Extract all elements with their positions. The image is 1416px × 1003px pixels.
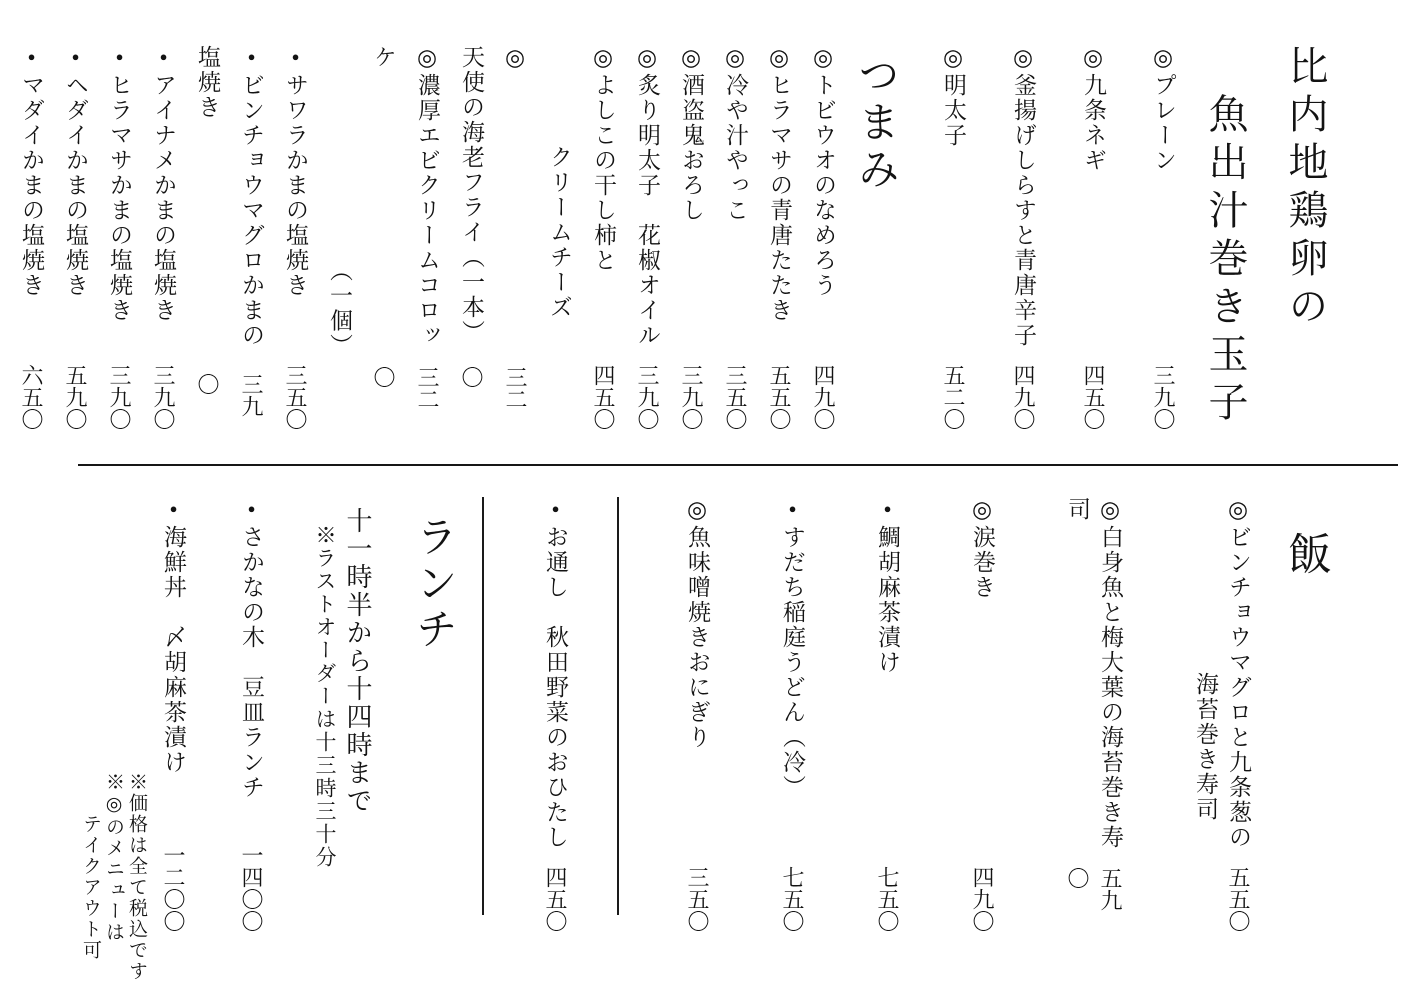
item-price: 三五〇 [273,364,317,430]
item-price: 三九〇 [185,373,273,430]
tamago-item-list: ◎プレーン 三九〇 ◎九条ネギ 四五〇 ◎釜揚げしらすと青唐辛子 四九〇 ◎明太… [931,45,1185,430]
item-label: ◎トビウオのなめろう [801,45,845,298]
meshi-header: 飯 [1265,497,1345,932]
menu-item: ◎冷や汁やっこ 三五〇 [713,45,757,430]
menu-item: ◎プレーン 三九〇 [1141,45,1185,430]
menu-item: ●サワラかまの塩焼き 三五〇 [273,45,317,430]
item-marker-icon: ◎ [970,497,995,525]
item-price: 四五〇 [1071,364,1115,430]
item-name: 炙り明太子 花椒オイル [635,73,660,348]
item-label: ●アイナメかまの塩焼き [141,45,185,323]
item-price: 一四〇〇 [235,844,268,932]
item-marker-icon: ◎ [1098,497,1123,525]
item-name: 白身魚と梅大葉の海苔巻き寿司 [1065,497,1123,850]
item-label: ◎ヒラマサの青唐たたき [757,45,801,323]
menu-item: ●ヒラマサかまの塩焼き 三九〇 [97,45,141,430]
menu-item: ●マダイかまの塩焼き 六五〇 [9,45,53,430]
item-name: ビンチョウマグロかまの塩焼き [195,45,264,348]
item-marker-icon: ● [68,45,83,73]
item-marker-icon: ◎ [1226,497,1251,525]
item-label: ●ヒラマサかまの塩焼き [97,45,141,323]
item-price: 五五〇 [1222,866,1255,932]
menu-title: 比内地鶏卵の 魚出汁巻き玉子 [1185,45,1345,430]
item-price: 五五〇 [757,364,801,430]
item-label: ●鯛胡麻茶漬け [871,497,904,675]
menu-item: ●ヘダイかまの塩焼き 五九〇 [53,45,97,430]
item-label: ◎濃厚エビクリームコロッケ （一個） [317,45,449,366]
item-marker-icon: ◎ [1011,45,1036,73]
menu-item: ◎ヒラマサの青唐たたき 五五〇 [757,45,801,430]
item-marker-icon: ◎ [679,45,704,73]
item-marker-icon: ◎ [635,45,660,73]
item-name: 魚味噌焼きおにぎり [685,525,710,750]
item-marker-icon: ● [112,45,127,73]
item-label: ◎魚味噌焼きおにぎり [681,497,714,750]
item-name: 海鮮丼 〆胡麻茶漬け [161,525,186,775]
menu-item: ●お通し 秋田野菜のおひたし 四五〇 [539,497,572,932]
item-label: ◎九条ネギ [1071,45,1115,173]
lunch-item-list: ●さかなの木 豆皿ランチ 一四〇〇 ●海鮮丼 〆胡麻茶漬け 一二〇〇 [157,497,268,932]
item-marker-icon: ◎ [767,45,792,73]
menu-page: 比内地鶏卵の 魚出汁巻き玉子 ◎プレーン 三九〇 ◎九条ネギ 四五〇 ◎釜揚げし… [0,0,1416,1003]
item-marker-icon: ◎ [591,45,616,73]
item-price: 五九〇 [1061,867,1127,932]
item-price: 六五〇 [9,364,53,430]
item-price: 三五〇 [681,866,714,932]
item-name: 明太子 [941,73,966,148]
menu-item: ●アイナメかまの塩焼き 三九〇 [141,45,185,430]
menu-item: ●すだち稲庭うどん（冷） 七五〇 [776,497,809,932]
footer-notes: ※価格は全て税込です ※◎のメニューは テイクアウト可 [79,772,148,982]
item-marker-icon: ● [785,497,800,525]
item-marker-icon: ● [244,497,259,525]
menu-item: ◎白身魚と梅大葉の海苔巻き寿司 五九〇 [1061,497,1127,932]
menu-item: ◎涙巻き 四九〇 [966,497,999,932]
item-marker-icon: ◎ [941,45,966,73]
vertical-divider-2 [482,497,484,915]
item-name: マダイかまの塩焼き [19,73,44,298]
item-name: 九条ネギ [1081,73,1106,173]
menu-item: ◎トビウオのなめろう 四九〇 [801,45,845,430]
item-price: 四九〇 [1001,364,1045,430]
menu-item: ●海鮮丼 〆胡麻茶漬け 一二〇〇 [157,497,190,932]
item-name: 鯛胡麻茶漬け [875,525,900,675]
menu-item: ◎天使の海老フライ（一本） 三二〇 [449,45,537,430]
item-price: 三九〇 [625,364,669,430]
item-price: 三五〇 [713,364,757,430]
top-section: 比内地鶏卵の 魚出汁巻き玉子 ◎プレーン 三九〇 ◎九条ネギ 四五〇 ◎釜揚げし… [9,45,1345,430]
item-price: 七五〇 [871,866,904,932]
item-label: ◎白身魚と梅大葉の海苔巻き寿司 [1061,497,1127,867]
item-label: ◎よしこの干し柿と クリームチーズ [537,45,625,320]
menu-item: ◎酒盗鬼おろし 三九〇 [669,45,713,430]
item-price: 一二〇〇 [157,844,190,932]
item-name: 濃厚エビクリームコロッケ （一個） [327,45,440,359]
item-marker-icon: ◎ [415,45,440,73]
item-name: プレーン [1151,73,1176,173]
item-price: 四五〇 [581,364,625,430]
item-name: さかなの木 豆皿ランチ [239,525,264,800]
item-label: ◎釜揚げしらすと青唐辛子 [1001,45,1045,348]
item-marker-icon: ◎ [503,45,528,73]
item-name: ヒラマサかまの塩焼き [107,73,132,323]
item-marker-icon: ● [880,497,895,525]
lunch-header: ランチ [404,497,462,932]
item-marker-icon: ◎ [1151,45,1176,73]
item-price: 四九〇 [966,866,999,932]
menu-item: ◎明太子 五二〇 [931,45,975,430]
item-price: 四九〇 [801,364,845,430]
lunch-hours: 十一時半から十四時まで [340,497,374,932]
item-name: サワラかまの塩焼き [283,73,308,298]
item-name: 酒盗鬼おろし [679,73,704,223]
menu-item: ●鯛胡麻茶漬け 七五〇 [871,497,904,932]
item-name: トビウオのなめろう [811,73,836,298]
otoshi-item-list: ●お通し 秋田野菜のおひたし 四五〇 [539,497,572,932]
item-label: ●ビンチョウマグロかまの塩焼き [185,45,273,373]
item-name: アイナメかまの塩焼き [151,73,176,323]
item-price: 三九〇 [1141,364,1185,430]
menu-item: ●ビンチョウマグロかまの塩焼き 三九〇 [185,45,273,430]
item-marker-icon: ● [548,497,563,525]
item-marker-icon: ◎ [1081,45,1106,73]
menu-item: ◎ビンチョウマグロと九条葱の 海苔巻き寿司 五五〇 [1189,497,1255,932]
menu-item: ●さかなの木 豆皿ランチ 一四〇〇 [235,497,268,932]
item-name: ビンチョウマグロと九条葱の 海苔巻き寿司 [1193,497,1251,850]
item-price: 七五〇 [776,866,809,932]
tsumami-item-list: ◎トビウオのなめろう 四九〇 ◎ヒラマサの青唐たたき 五五〇 ◎冷や汁やっこ 三… [9,45,845,430]
item-label: ●すだち稲庭うどん（冷） [776,497,809,800]
item-label: ◎冷や汁やっこ [713,45,757,223]
item-marker-icon: ● [288,45,303,73]
item-name: すだち稲庭うどん（冷） [780,525,805,800]
item-label: ●海鮮丼 〆胡麻茶漬け [157,497,190,775]
tsumami-header: つまみ [845,45,905,430]
item-label: ●ヘダイかまの塩焼き [53,45,97,298]
item-label: ◎プレーン [1141,45,1185,173]
bottom-section: 飯 ◎ビンチョウマグロと九条葱の 海苔巻き寿司 五五〇 ◎白身魚と梅大葉の海苔巻… [112,497,1345,932]
item-label: ◎炙り明太子 花椒オイル [625,45,669,348]
item-name: 天使の海老フライ（一本） [459,45,484,345]
item-marker-icon: ◎ [723,45,748,73]
item-label: ◎涙巻き [966,497,999,600]
item-name: 釜揚げしらすと青唐辛子 [1011,73,1036,348]
item-price: 三九〇 [141,364,185,430]
item-price: 三九〇 [97,364,141,430]
item-label: ●マダイかまの塩焼き [9,45,53,298]
meshi-item-list: ◎ビンチョウマグロと九条葱の 海苔巻き寿司 五五〇 ◎白身魚と梅大葉の海苔巻き寿… [681,497,1255,932]
menu-item: ◎炙り明太子 花椒オイル 三九〇 [625,45,669,430]
menu-item: ◎濃厚エビクリームコロッケ （一個） 三二〇 [317,45,449,430]
item-marker-icon: ● [244,45,259,73]
item-name: ヒラマサの青唐たたき [767,73,792,323]
menu-item: ◎九条ネギ 四五〇 [1071,45,1115,430]
item-name: よしこの干し柿と クリームチーズ [547,45,616,320]
item-marker-icon: ● [156,45,171,73]
horizontal-divider [78,464,1398,466]
item-price: 三二〇 [449,366,537,431]
item-name: 冷や汁やっこ [723,73,748,223]
menu-item: ◎魚味噌焼きおにぎり 三五〇 [681,497,714,932]
item-label: ●お通し 秋田野菜のおひたし [539,497,572,850]
item-label: ◎明太子 [931,45,975,148]
item-marker-icon: ● [166,497,181,525]
item-price: 五九〇 [53,364,97,430]
item-marker-icon: ◎ [811,45,836,73]
item-name: ヘダイかまの塩焼き [63,73,88,298]
lunch-last-order: ※ラストオーダーは十三時三十分 [310,497,340,932]
item-label: ●サワラかまの塩焼き [273,45,317,298]
item-label: ◎ビンチョウマグロと九条葱の 海苔巻き寿司 [1189,497,1255,850]
item-price: 四五〇 [539,866,572,932]
item-label: ●さかなの木 豆皿ランチ [235,497,268,800]
item-price: 三九〇 [669,364,713,430]
item-name: お通し 秋田野菜のおひたし [543,525,568,850]
item-label: ◎天使の海老フライ（一本） [449,45,537,366]
item-marker-icon: ◎ [685,497,710,525]
item-label: ◎酒盗鬼おろし [669,45,713,223]
item-price: 三二〇 [361,366,449,431]
item-name: 涙巻き [970,525,995,600]
item-marker-icon: ● [24,45,39,73]
menu-item: ◎よしこの干し柿と クリームチーズ 四五〇 [537,45,625,430]
item-price: 五二〇 [931,364,975,430]
menu-item: ◎釜揚げしらすと青唐辛子 四九〇 [1001,45,1045,430]
vertical-divider-1 [617,497,619,915]
